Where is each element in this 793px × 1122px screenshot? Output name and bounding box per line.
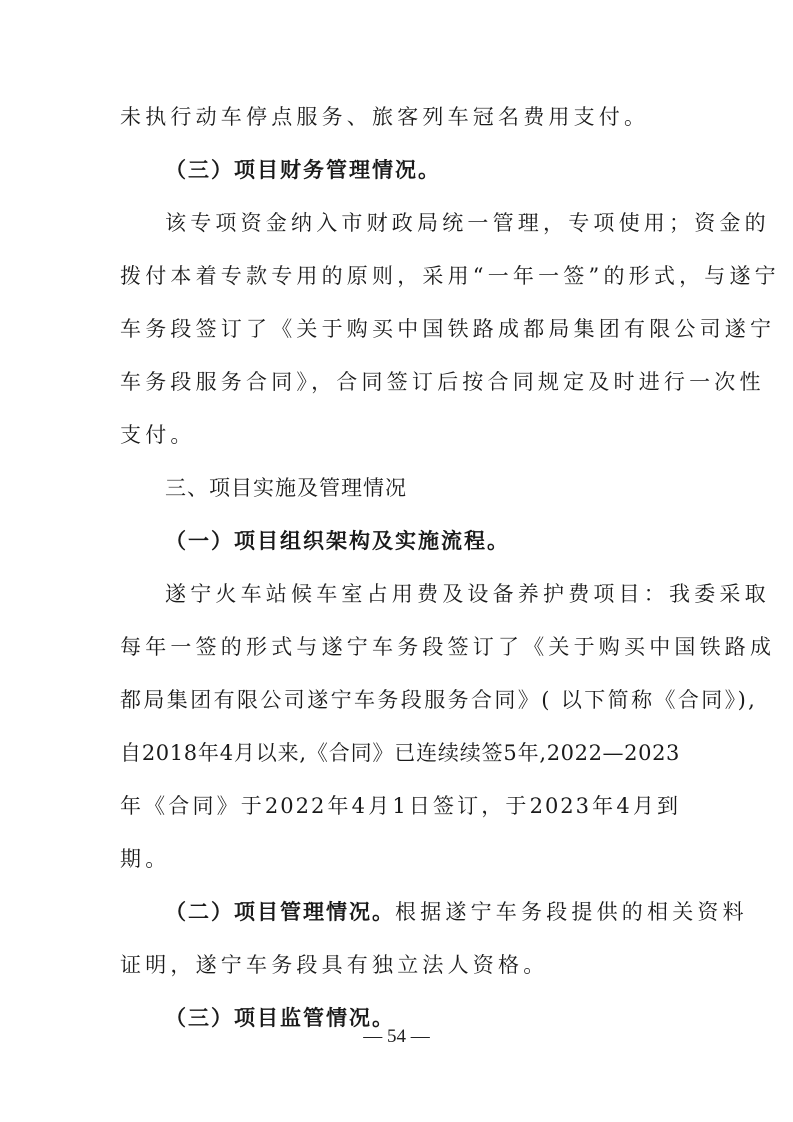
paragraph-line: （二）项目管理情况。根据遂宁车务段提供的相关资料 [165,897,680,927]
paragraph-text: 根据遂宁车务段提供的相关资料 [395,900,748,924]
document-page: 未执行动车停点服务、旅客列车冠名费用支付。 （三）项目财务管理情况。 该专项资金… [0,0,793,1122]
paragraph-line: 未执行动车停点服务、旅客列车冠名费用支付。 [120,102,680,132]
paragraph-line: 都局集团有限公司遂宁车务段服务合同》( 以下简称《合同》), [120,685,680,715]
section-heading-management: （二）项目管理情况。 [165,900,395,924]
paragraph-line: 支付。 [120,420,680,450]
page-number: — 54 — [0,1026,793,1048]
paragraph-line: 该专项资金纳入市财政局统一管理，专项使用；资金的 [165,208,680,238]
section-heading-organization: （一）项目组织架构及实施流程。 [165,526,680,556]
paragraph-line: 遂宁火车站候车室占用费及设备养护费项目：我委采取 [165,579,680,609]
paragraph-line: 证明，遂宁车务段具有独立法人资格。 [120,950,680,980]
paragraph-line: 自2018年4月以来,《合同》已连续续签5年,2022—2023 [120,738,680,768]
paragraph-line: 拨付本着专款专用的原则，采用“一年一签”的形式，与遂宁 [120,261,680,291]
section-heading-finance: （三）项目财务管理情况。 [165,155,680,185]
chapter-heading-implementation: 三、项目实施及管理情况 [165,473,680,503]
paragraph-line: 车务段签订了《关于购买中国铁路成都局集团有限公司遂宁 [120,314,680,344]
paragraph-line: 车务段服务合同》，合同签订后按合同规定及时进行一次性 [120,367,680,397]
paragraph-line: 期。 [120,844,680,874]
paragraph-line: 每年一签的形式与遂宁车务段签订了《关于购买中国铁路成 [120,632,680,662]
paragraph-line: 年《合同》于2022年4月1日签订，于2023年4月到 [120,791,680,821]
